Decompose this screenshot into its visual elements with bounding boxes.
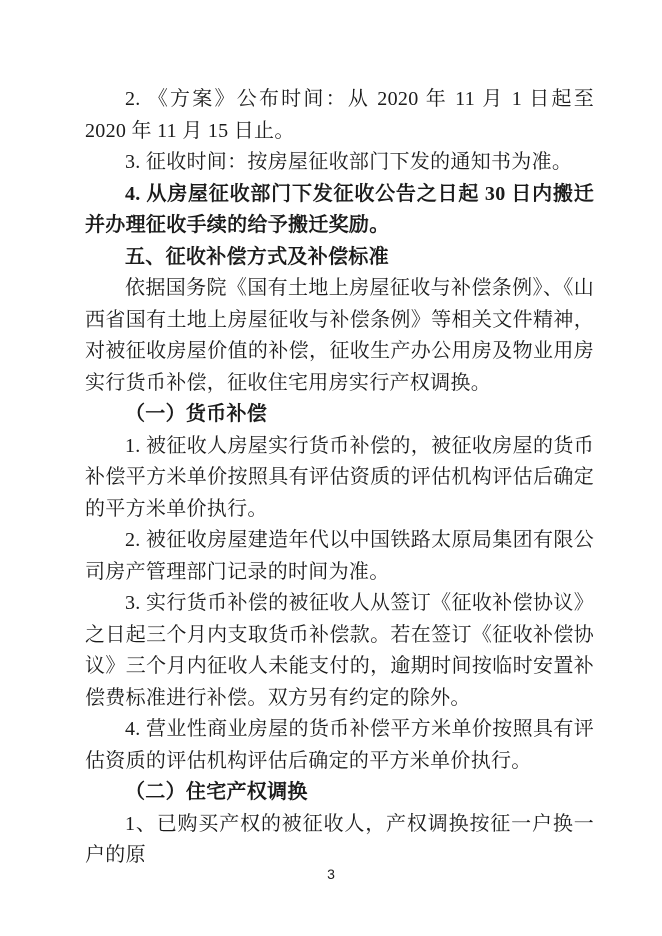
document-body: 2. 《方案》公布时间：从 2020 年 11 月 1 日起至 2020 年 1… (85, 84, 594, 872)
paragraph: 4. 营业性商业房屋的货币补偿平方米单价按照具有评估资质的评估机构评估后确定的平… (85, 714, 594, 777)
section-heading: （二）住宅产权调换 (85, 777, 594, 809)
paragraph: 2. 《方案》公布时间：从 2020 年 11 月 1 日起至 2020 年 1… (85, 84, 594, 147)
paragraph: 4. 从房屋征收部门下发征收公告之日起 30 日内搬迁并办理征收手续的给予搬迁奖… (85, 179, 594, 242)
paragraph: 1. 被征收人房屋实行货币补偿的，被征收房屋的货币补偿平方米单价按照具有评估资质… (85, 431, 594, 526)
paragraph: 3. 实行货币补偿的被征收人从签订《征收补偿协议》之日起三个月内支取货币补偿款。… (85, 588, 594, 714)
document-page: 2. 《方案》公布时间：从 2020 年 11 月 1 日起至 2020 年 1… (0, 0, 662, 936)
paragraph: 3. 征收时间：按房屋征收部门下发的通知书为准。 (85, 147, 594, 179)
paragraph: 依据国务院《国有土地上房屋征收与补偿条例》、《山西省国有土地上房屋征收与补偿条例… (85, 273, 594, 399)
page-number: 3 (327, 866, 335, 882)
paragraph: 2. 被征收房屋建造年代以中国铁路太原局集团有限公司房产管理部门记录的时间为准。 (85, 525, 594, 588)
paragraph: 1、已购买产权的被征收人，产权调换按征一户换一户的原 (85, 809, 594, 872)
section-heading: （一）货币补偿 (85, 399, 594, 431)
section-heading: 五、征收补偿方式及补偿标准 (85, 242, 594, 274)
page-footer: 3 (0, 866, 662, 884)
